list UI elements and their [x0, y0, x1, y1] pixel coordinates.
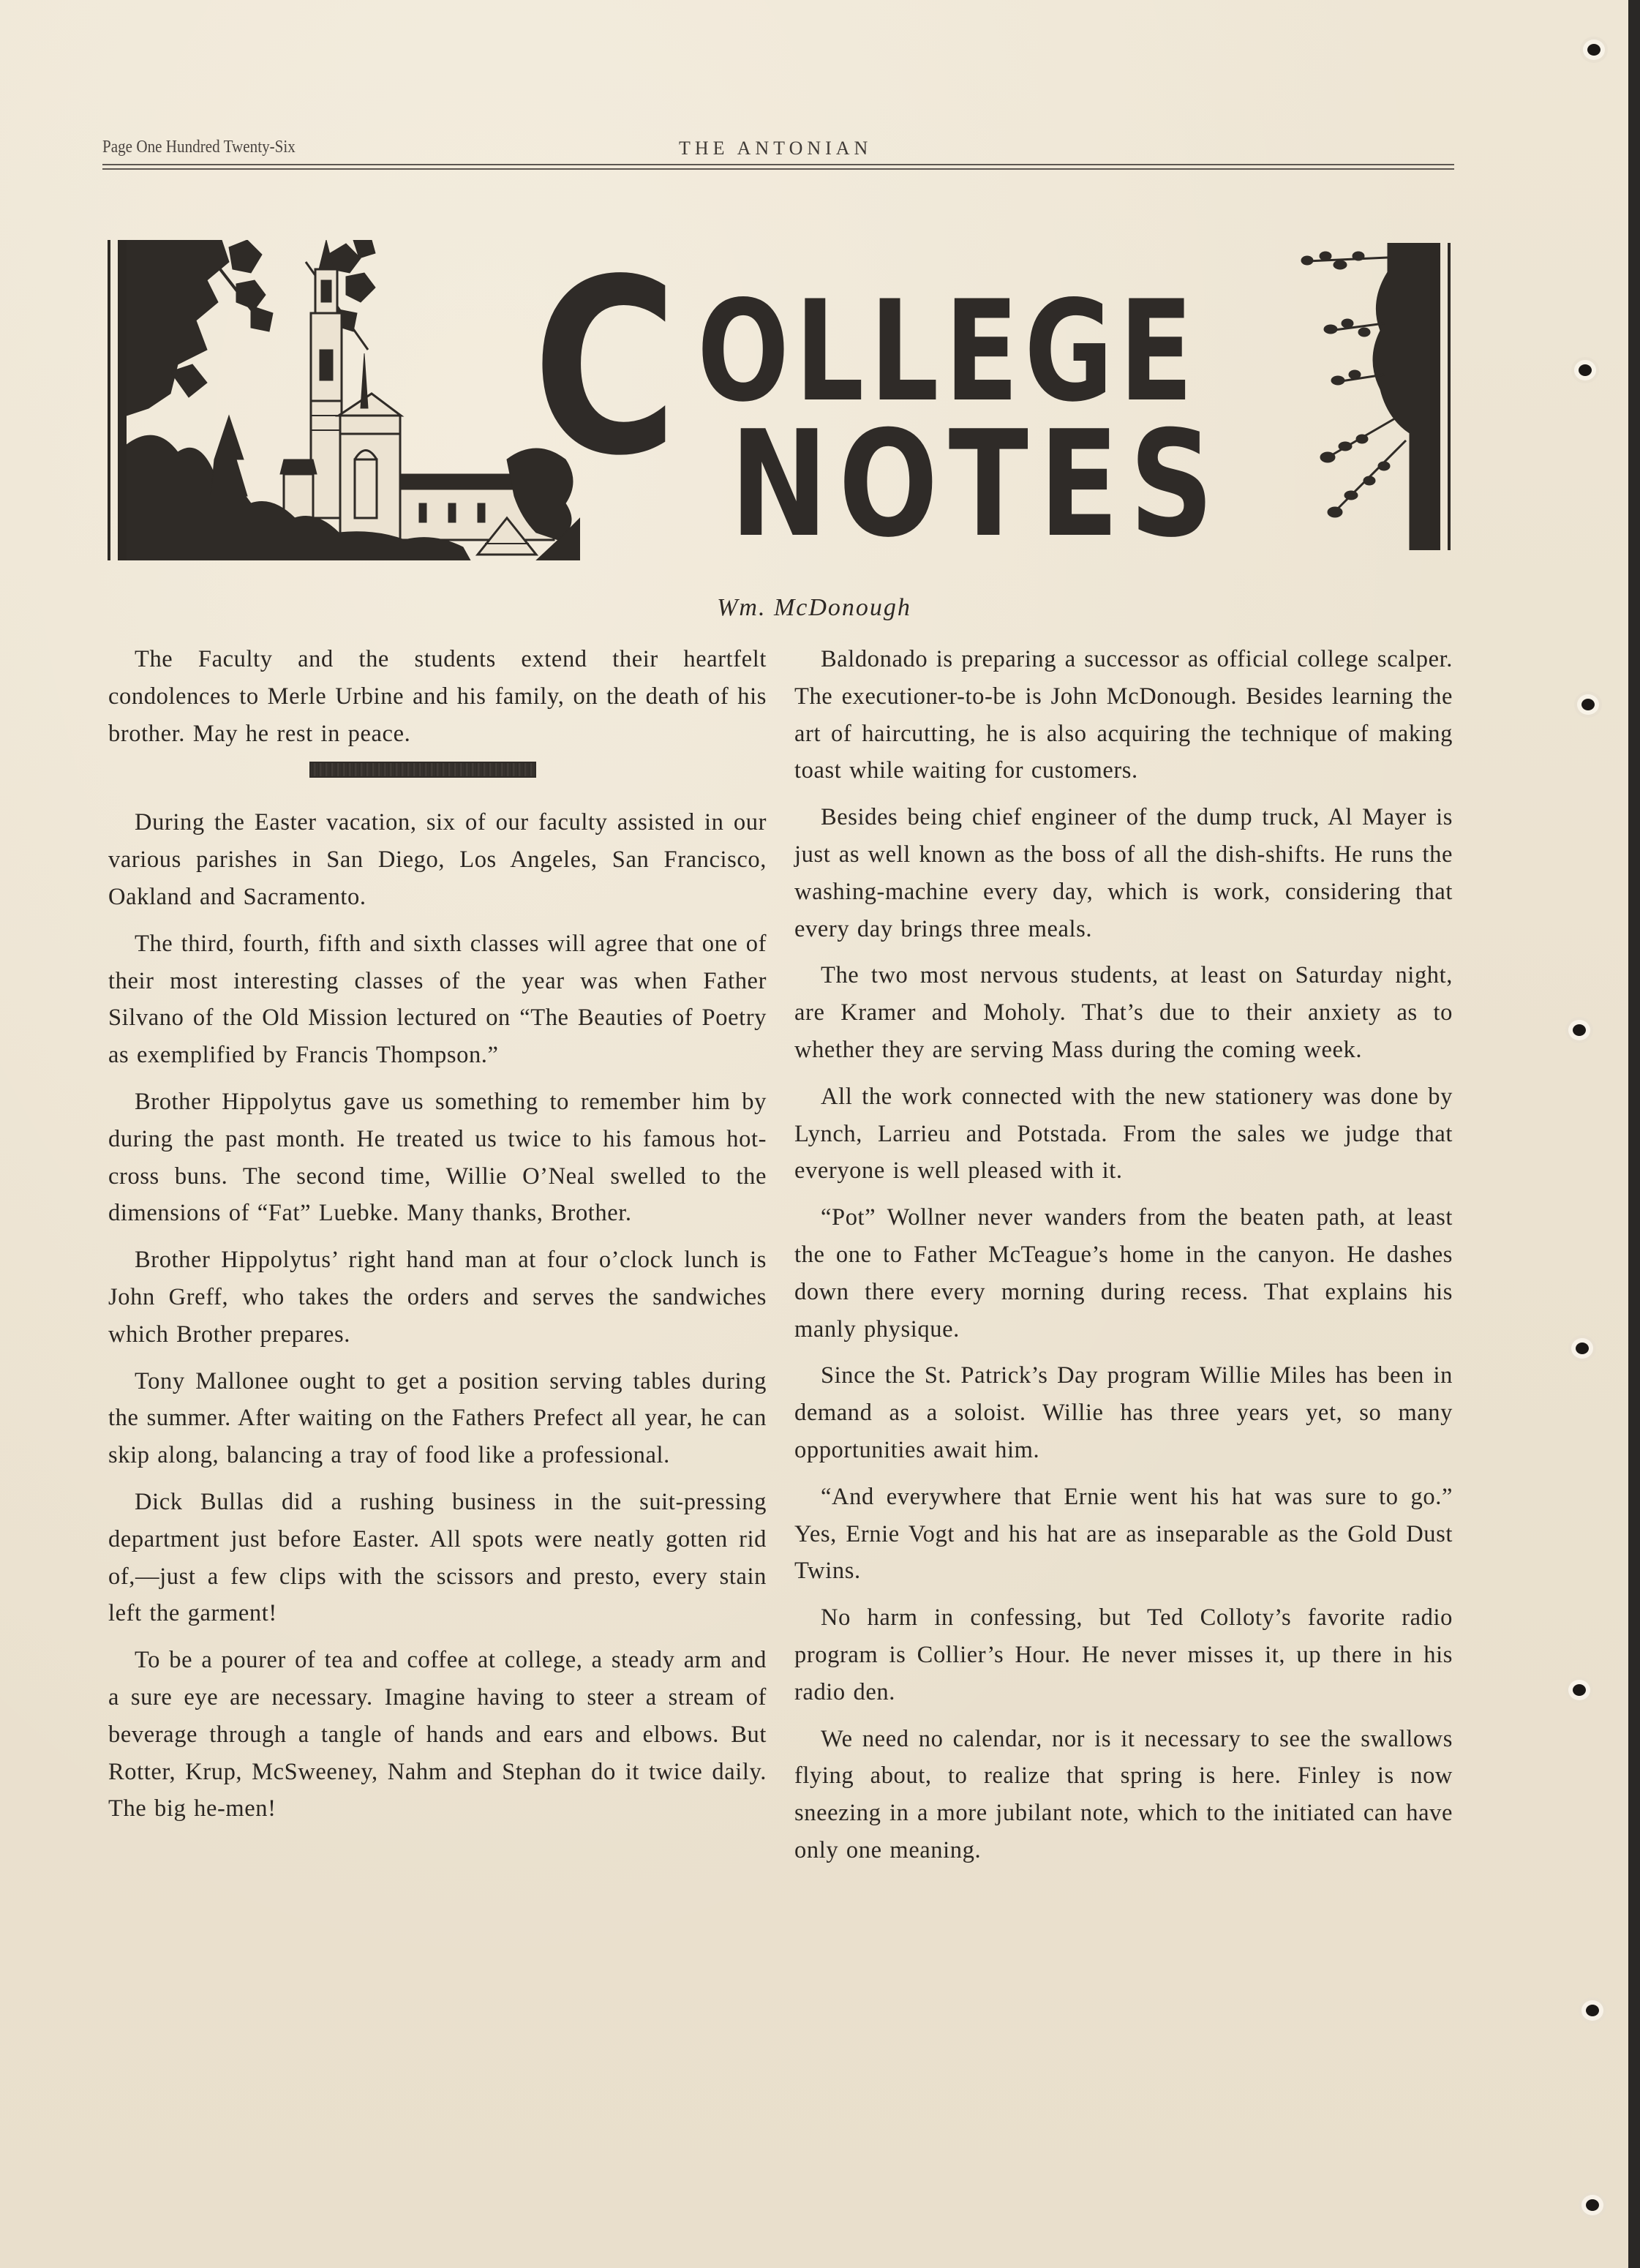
binding-edge — [1628, 0, 1640, 2268]
note-paragraph: Baldonado is preparing a successor as of… — [794, 641, 1453, 789]
note-paragraph: Brother Hippolytus gave us something to … — [108, 1084, 767, 1232]
note-paragraph: The two most nervous students, at least … — [794, 957, 1453, 1068]
punch-hole-icon — [1573, 1684, 1586, 1696]
note-paragraph: “And everywhere that Ernie went his hat … — [794, 1479, 1453, 1590]
title-notes: NOTES — [730, 412, 1225, 558]
note-paragraph: Since the St. Patrick’s Day program Will… — [794, 1357, 1453, 1468]
header-double-rule — [102, 164, 1454, 170]
author-byline: Wm. McDonough — [0, 594, 1628, 622]
college-notes-banner: C OLLEGE NOTES — [105, 240, 1453, 560]
note-paragraph: During the Easter vacation, six of our f… — [108, 804, 767, 915]
note-paragraph: Dick Bullas did a rushing business in th… — [108, 1484, 767, 1632]
note-paragraph: We need no calendar, nor is it necessary… — [794, 1721, 1453, 1869]
banner-frame-line — [1448, 243, 1451, 550]
banner-title: C OLLEGE NOTES — [533, 240, 1337, 560]
punch-hole-icon — [1586, 2199, 1599, 2211]
note-paragraph: To be a pourer of tea and coffee at coll… — [108, 1642, 767, 1828]
hanging-vine-illustration-icon — [1300, 243, 1432, 550]
note-paragraph: The Faculty and the students extend thei… — [108, 641, 767, 752]
left-column: The Faculty and the students extend thei… — [108, 641, 767, 1837]
banner-frame-bar — [118, 240, 127, 560]
title-initial-c: C — [533, 247, 678, 489]
mission-church-illustration-icon — [127, 240, 580, 560]
note-paragraph: Brother Hippolytus’ right hand man at fo… — [108, 1242, 767, 1353]
punch-hole-icon — [1587, 44, 1600, 56]
note-paragraph: Besides being chief engineer of the dump… — [794, 799, 1453, 947]
note-paragraph: All the work connected with the new stat… — [794, 1078, 1453, 1190]
right-column: Baldonado is preparing a successor as of… — [794, 641, 1453, 1879]
punch-hole-icon — [1581, 699, 1595, 710]
banner-frame-line — [108, 240, 110, 560]
punch-hole-icon — [1586, 2005, 1599, 2016]
ornamental-divider — [309, 762, 536, 778]
punch-hole-icon — [1576, 1343, 1589, 1354]
banner-frame-bar — [1430, 243, 1440, 550]
note-paragraph: “Pot” Wollner never wanders from the bea… — [794, 1199, 1453, 1348]
note-paragraph: No harm in confessing, but Ted Colloty’s… — [794, 1599, 1453, 1711]
note-paragraph: Tony Mallonee ought to get a position se… — [108, 1363, 767, 1474]
page-number: Page One Hundred Twenty-Six — [102, 138, 296, 157]
punch-hole-icon — [1573, 1024, 1586, 1036]
magazine-page: Page One Hundred Twenty-Six THE ANTONIAN — [0, 0, 1628, 2268]
note-paragraph: The third, fourth, fifth and sixth class… — [108, 925, 767, 1074]
running-header: Page One Hundred Twenty-Six THE ANTONIAN — [102, 138, 1456, 167]
magazine-title: THE ANTONIAN — [679, 138, 872, 159]
punch-hole-icon — [1579, 364, 1592, 376]
